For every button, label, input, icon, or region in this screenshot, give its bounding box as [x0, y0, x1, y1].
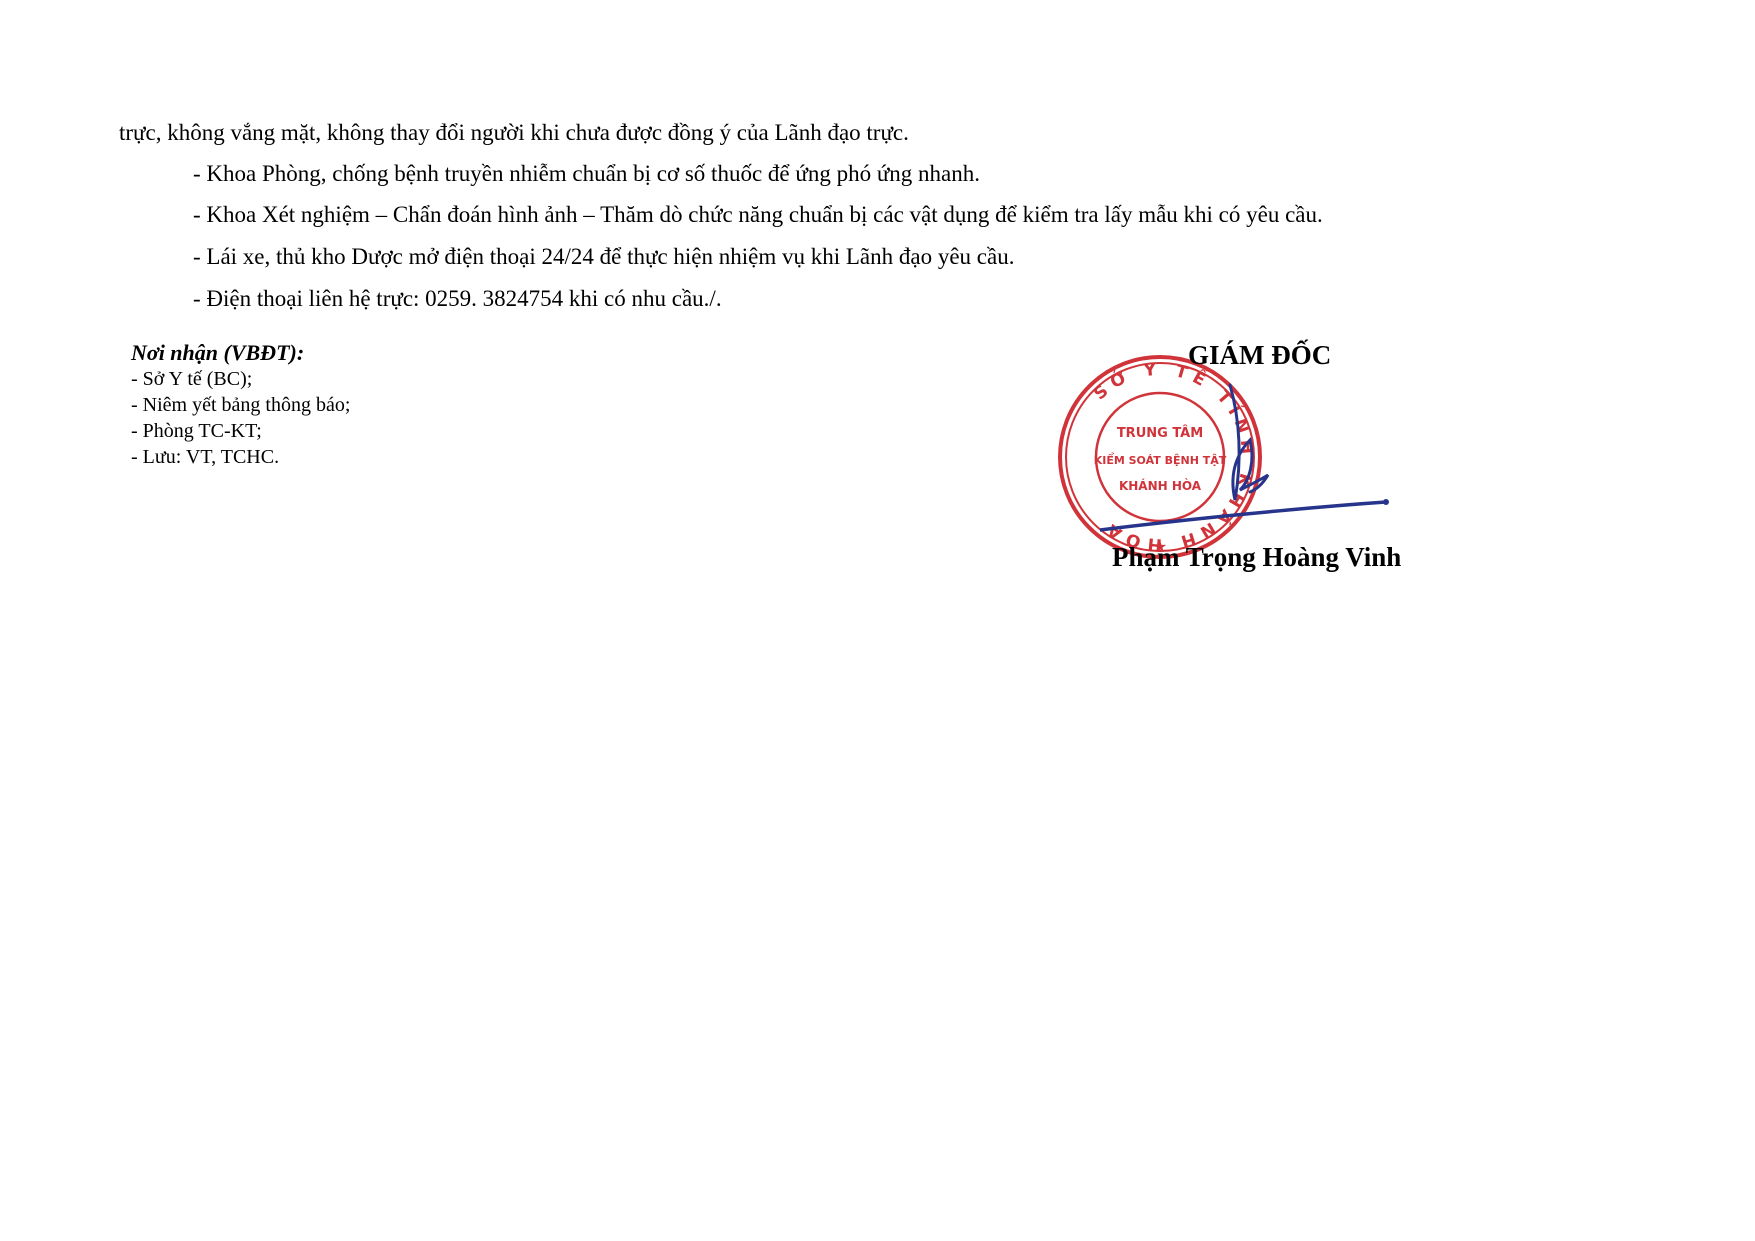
recipient-item: - Sở Y tế (BC);	[131, 366, 350, 392]
signer-name: Phạm Trọng Hoàng Vinh	[1112, 542, 1401, 573]
recipients-title: Nơi nhận (VBĐT):	[131, 340, 350, 366]
body-line: trực, không vắng mặt, không thay đổi ngư…	[119, 119, 909, 147]
handwritten-signature	[1100, 380, 1420, 550]
recipients-block: Nơi nhận (VBĐT): - Sở Y tế (BC); - Niêm …	[131, 340, 350, 470]
body-line: - Điện thoại liên hệ trực: 0259. 3824754…	[193, 285, 722, 313]
body-line: - Khoa Xét nghiệm – Chẩn đoán hình ảnh –…	[193, 201, 1323, 229]
signer-title: GIÁM ĐỐC	[1188, 340, 1331, 371]
body-line: - Khoa Phòng, chống bệnh truyền nhiễm ch…	[193, 160, 980, 188]
recipient-item: - Lưu: VT, TCHC.	[131, 444, 350, 470]
recipient-item: - Niêm yết bảng thông báo;	[131, 392, 350, 418]
recipient-item: - Phòng TC-KT;	[131, 418, 350, 444]
body-line: - Lái xe, thủ kho Dược mở điện thoại 24/…	[193, 243, 1014, 271]
